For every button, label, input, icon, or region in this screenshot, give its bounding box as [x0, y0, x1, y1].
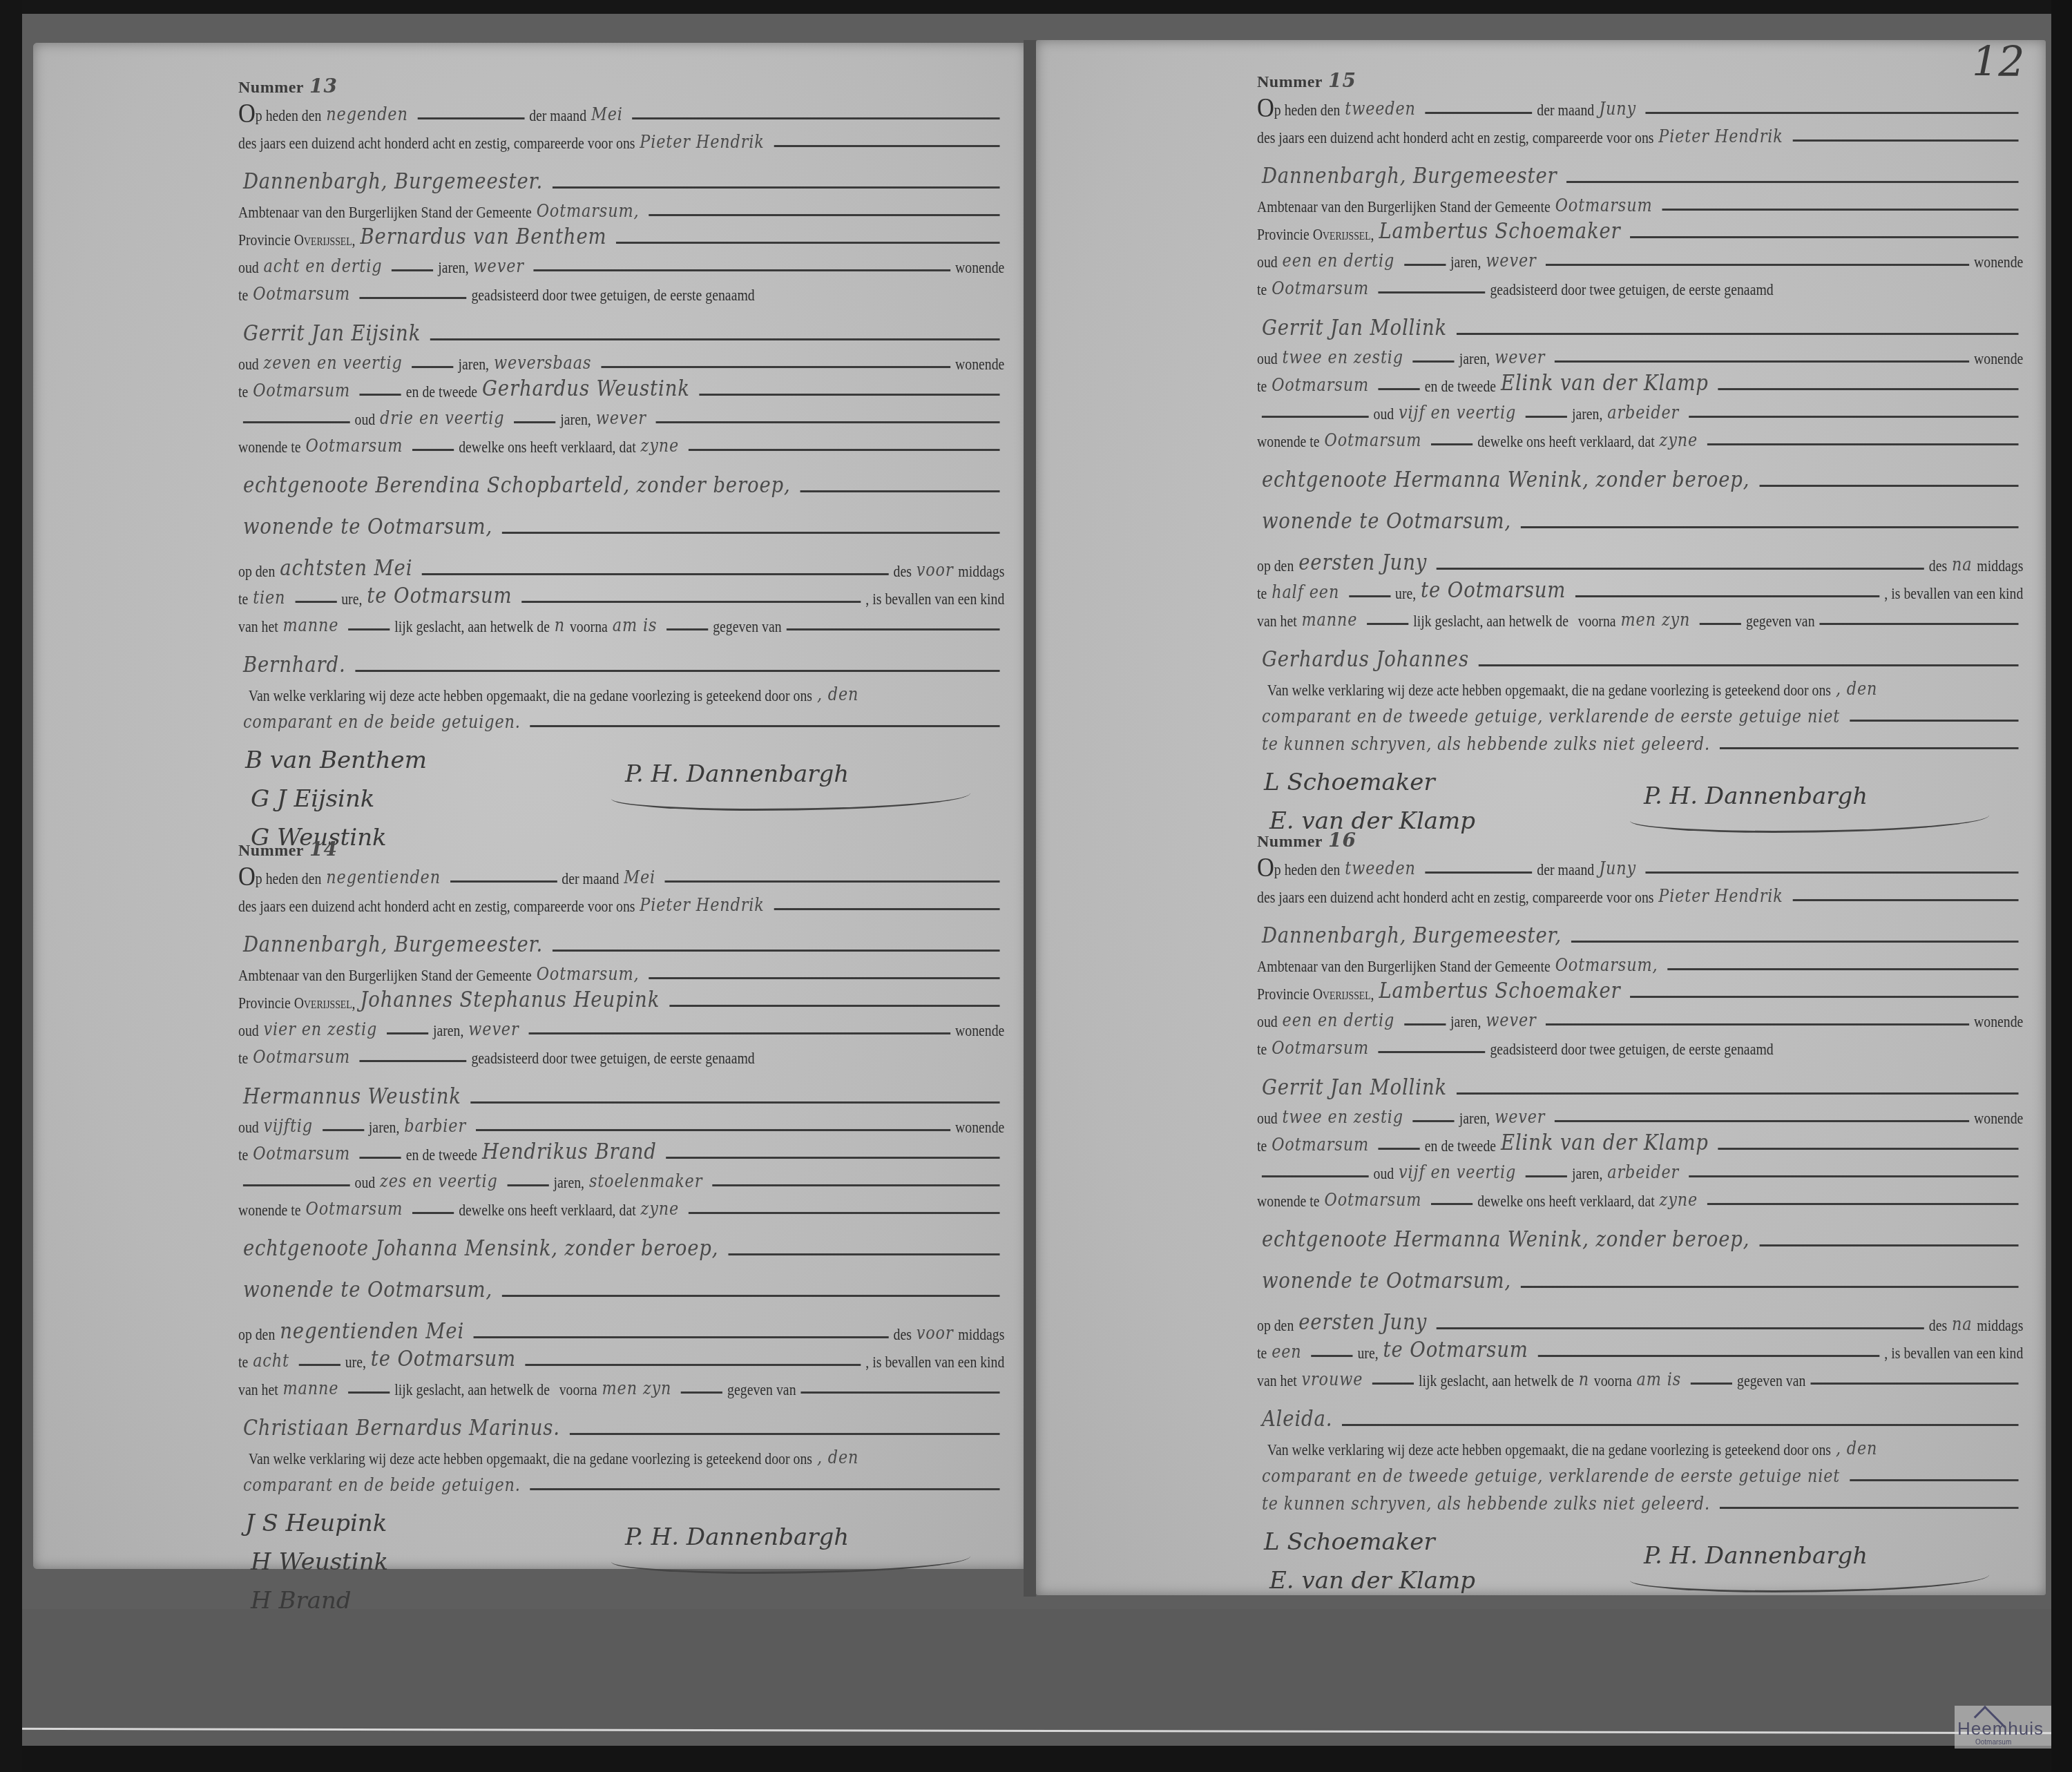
blank-rule: [1479, 664, 2019, 666]
sex-field: manne: [1297, 610, 1363, 630]
blank-rule: [502, 1295, 1000, 1297]
witness1-age-field: twee en zestig: [1278, 347, 1408, 368]
printed-text: Nummer: [1257, 833, 1323, 851]
drop-cap: O: [1257, 96, 1274, 119]
blank-rule: [1759, 485, 2018, 487]
film-edge-right: [2051, 0, 2072, 1772]
mother-residence-field: wonende te Ootmarsum,: [238, 1276, 497, 1302]
printed-text: wonende: [955, 1119, 1004, 1137]
witness2-name-field: Hendrikus Brand: [477, 1138, 662, 1164]
blank-rule: [1630, 996, 2018, 998]
printed-text: oud: [1374, 1165, 1394, 1183]
blank-rule: [1379, 291, 1486, 293]
act-15: Nummer15Op heden dentweedender maandJuny…: [1257, 69, 2024, 893]
possessive-field: zyne: [636, 1199, 684, 1220]
de-suffix-field: n: [550, 615, 570, 636]
printed-text: oud: [238, 1022, 259, 1040]
printed-text: dewelke ons heeft verklaard, dat: [459, 1202, 635, 1220]
printed-text: lijk geslacht, aan hetwelk de: [1419, 1372, 1574, 1390]
declarant-name-field: Johannes Stephanus Heupink: [356, 986, 665, 1012]
signature-1: J S Heupink: [245, 1510, 387, 1537]
mother-residence-field: wonende te Ootmarsum,: [1257, 508, 1516, 534]
printed-text: middags: [958, 563, 1004, 581]
child-name-field: Gerhardus Johannes: [1257, 646, 1474, 672]
ampm-field: voor: [912, 560, 958, 581]
possessive-field: zyne: [636, 436, 684, 456]
printed-text: en de tweede: [406, 1146, 477, 1164]
birth-hour-field: tien: [248, 588, 290, 608]
official-name-field: Pieter Hendrik: [1653, 126, 1787, 147]
printed-text: op den: [238, 563, 275, 581]
printed-text: te: [1257, 378, 1267, 396]
blank-rule: [528, 1032, 950, 1034]
signature-1: L Schoemaker: [1264, 769, 1435, 796]
printed-text: , is bevallen van een kind: [1884, 585, 2023, 603]
act-number-value: 14: [304, 838, 343, 860]
ampm-field: na: [1947, 555, 1977, 575]
closing-line-2: comparant en de tweede getuige, verklare…: [1257, 1466, 1845, 1487]
declarant-age-field: vier en zestig: [259, 1019, 382, 1040]
witness2-name-field: Elink van der Klamp: [1496, 369, 1714, 396]
official-name-field: Pieter Hendrik: [1653, 886, 1787, 907]
printed-text: oud: [238, 1119, 259, 1137]
day-field: negenden: [321, 104, 412, 125]
printed-text: gegeven van: [1746, 613, 1814, 630]
blank-rule: [649, 977, 999, 979]
witness1-occupation-field: wever: [1490, 347, 1550, 368]
printed-text: des: [1929, 557, 1947, 575]
printed-text: , is bevallen van een kind: [865, 590, 1004, 608]
printed-text: jaren,: [459, 356, 489, 374]
blank-rule: [1538, 1355, 1880, 1357]
printed-text: Ambtenaar van den Burgerlijken Stand der…: [1257, 198, 1551, 216]
printed-text: des jaars een duizend acht honderd acht …: [238, 898, 635, 916]
blank-rule: [553, 950, 1000, 952]
blank-rule: [1707, 443, 2019, 445]
printed-text: Overijssel,: [294, 231, 356, 249]
child-name-field: Christiaan Bernardus Marinus.: [238, 1414, 565, 1441]
printed-text: wonende te: [238, 439, 301, 456]
printed-text: Van welke verklaring wij deze acte hebbe…: [249, 1450, 812, 1468]
closing-field: , den: [812, 684, 863, 705]
declarant-name-field: Bernardus van Benthem: [356, 223, 612, 249]
printed-text: jaren,: [560, 411, 591, 429]
blank-rule: [323, 1129, 364, 1131]
printed-text: Overijssel,: [1313, 226, 1374, 244]
birth-hour-field: acht: [248, 1351, 294, 1371]
blank-rule: [471, 1101, 1000, 1104]
blank-rule: [1437, 1327, 1924, 1329]
blank-rule: [666, 1157, 1000, 1159]
printed-text: p heden den: [256, 107, 322, 125]
blank-rule: [534, 269, 951, 271]
signature-flourish: [611, 781, 970, 811]
printed-text: te: [238, 1146, 248, 1164]
printed-text: op den: [1257, 557, 1294, 575]
municipality-field: Ootmarsum,: [1551, 955, 1663, 976]
blank-rule: [616, 242, 999, 244]
birth-place-field: te Ootmarsum: [366, 1345, 521, 1371]
film-edge-left: [0, 0, 22, 1772]
printed-text: Overijssel,: [294, 994, 356, 1012]
blank-rule: [1646, 112, 2019, 114]
watermark-brand: Heemhuis: [1957, 1718, 2044, 1740]
blank-rule: [1457, 1092, 2019, 1095]
printed-text: jaren,: [1459, 350, 1490, 368]
sex-field: manne: [278, 615, 344, 636]
blank-rule: [355, 670, 999, 672]
mother-field: echtgenoote Berendina Schopbarteld, zond…: [238, 472, 796, 498]
printed-text: oud: [238, 259, 259, 277]
signature-flourish: [611, 1544, 970, 1574]
blank-rule: [656, 421, 1000, 423]
blank-rule: [348, 1391, 390, 1394]
blank-rule: [1342, 1424, 2018, 1426]
blank-rule: [728, 1253, 999, 1255]
printed-text: jaren,: [1450, 1013, 1481, 1031]
signature-flourish: [1630, 1563, 1989, 1592]
blank-rule: [1646, 871, 2019, 874]
closing-line-2: comparant en de beide getuigen.: [238, 712, 526, 733]
printed-text: wonende: [1974, 253, 2023, 271]
blank-rule: [1262, 1175, 1369, 1177]
printed-text: oud: [1257, 1110, 1278, 1128]
witness1-age-field: vijftig: [259, 1116, 318, 1137]
mother-field: echtgenoote Hermanna Wenink, zonder bero…: [1257, 466, 1754, 492]
printed-text: der maand: [562, 870, 619, 888]
printed-text: ure,: [341, 590, 362, 608]
printed-text: oud: [1374, 405, 1394, 423]
printed-text: Nummer: [1257, 73, 1323, 91]
witness2-age-field: zes en veertig: [375, 1171, 502, 1192]
blank-rule: [417, 117, 524, 119]
printed-text: Provincie: [1257, 226, 1310, 244]
witness2-age-field: vijf en veertig: [1394, 403, 1521, 423]
blank-rule: [1792, 899, 2018, 901]
blank-rule: [1349, 595, 1390, 597]
blank-rule: [689, 449, 1000, 451]
blank-rule: [1426, 871, 1533, 874]
witness2-residence-field: Ootmarsum: [301, 1199, 408, 1220]
blank-rule: [1718, 388, 2019, 390]
printed-text: wonende: [1974, 1110, 2023, 1128]
signature-2: H Weustink: [251, 1548, 388, 1576]
printed-text: Nummer: [238, 842, 304, 860]
birth-place-field: te Ootmarsum: [1416, 577, 1571, 603]
blank-rule: [570, 1433, 1000, 1435]
mother-field: echtgenoote Hermanna Wenink, zonder bero…: [1257, 1226, 1754, 1252]
printed-text: te: [1257, 1345, 1267, 1362]
child-name-field: Aleida.: [1257, 1405, 1337, 1432]
printed-text: te: [1257, 281, 1267, 299]
blank-rule: [299, 1364, 340, 1366]
municipality-field: Ootmarsum: [1551, 195, 1658, 216]
blank-rule: [1413, 360, 1455, 363]
birth-hour-field: een: [1267, 1342, 1306, 1362]
act-number-value: 13: [304, 75, 343, 97]
act-number: Nummer16: [1257, 829, 2024, 851]
blank-rule: [1689, 416, 2019, 418]
blank-rule: [774, 908, 999, 910]
printed-text: Van welke verklaring wij deze acte hebbe…: [249, 687, 812, 705]
day-field: tweeden: [1340, 99, 1420, 119]
blank-rule: [360, 394, 401, 396]
mother-residence-field: wonende te Ootmarsum,: [238, 513, 497, 539]
blank-rule: [666, 628, 708, 630]
blank-rule: [553, 186, 1000, 189]
act-14: Nummer14Op heden dennegentiendender maan…: [238, 838, 1005, 1634]
blank-rule: [1431, 1203, 1473, 1205]
printed-text: des: [1929, 1317, 1947, 1335]
printed-text: dewelke ons heeft verklaard, dat: [1477, 433, 1654, 451]
printed-text: te: [1257, 585, 1267, 603]
printed-text: van het: [238, 618, 278, 636]
ampm-field: na: [1947, 1314, 1977, 1335]
blank-rule: [530, 725, 1000, 727]
blank-rule: [295, 601, 336, 603]
blank-rule: [1566, 181, 2018, 183]
printed-text: lijk geslacht, aan hetwelk de: [394, 618, 550, 636]
printed-text: te: [238, 1050, 248, 1068]
heemhuis-watermark: Heemhuis Ootmarsum: [1955, 1706, 2051, 1749]
act-number: Nummer15: [1257, 69, 2024, 92]
blank-rule: [1379, 1148, 1420, 1150]
blank-rule: [1718, 1148, 2019, 1150]
blank-rule: [348, 628, 390, 630]
declarant-age-field: een en dertig: [1278, 1010, 1399, 1031]
printed-text: van het: [238, 1381, 278, 1399]
printed-text: en de tweede: [1425, 378, 1496, 396]
drop-cap: O: [238, 865, 256, 888]
printed-text: der maand: [1537, 102, 1594, 119]
printed-text: jaren,: [1572, 1165, 1602, 1183]
closing-line-2: comparant en de tweede getuige, verklare…: [1257, 706, 1845, 727]
witness2-residence-field: Ootmarsum: [301, 436, 408, 456]
printed-text: oud: [355, 411, 376, 429]
act-13: Nummer13Op heden dennegendender maandMei…: [238, 75, 1005, 871]
printed-text: geadsisteerd door twee getuigen, de eers…: [1490, 281, 1773, 299]
blank-rule: [1457, 333, 2019, 335]
signatures: L SchoemakerE. van der KlampP. H. Dannen…: [1257, 1521, 2024, 1653]
witness1-residence-field: Ootmarsum: [248, 381, 355, 401]
declarant-occupation-field: wever: [1481, 1010, 1541, 1031]
blank-rule: [360, 1157, 401, 1159]
printed-text: van het: [1257, 1372, 1297, 1390]
blank-rule: [1792, 139, 2018, 142]
blank-rule: [681, 1391, 722, 1394]
printed-text: jaren,: [554, 1174, 584, 1192]
blank-rule: [1379, 1051, 1486, 1053]
printed-text: jaren,: [433, 1022, 463, 1040]
film-edge-bottom: [0, 1746, 2072, 1772]
witness2-occupation-field: wever: [591, 408, 651, 429]
blank-rule: [1571, 941, 2019, 943]
printed-text: dewelke ons heeft verklaard, dat: [459, 439, 635, 456]
official-name-field: Pieter Hendrik: [635, 895, 769, 916]
birth-date-field: negentienden Mei: [275, 1318, 469, 1344]
witness1-occupation-field: barbier: [399, 1116, 471, 1137]
witness2-residence-field: Ootmarsum: [1320, 1190, 1427, 1211]
printed-text: Provincie: [238, 994, 291, 1012]
blank-rule: [774, 145, 999, 147]
birth-date-field: eersten Juny: [1294, 1309, 1432, 1335]
blank-rule: [1759, 1244, 2018, 1246]
witness2-residence-field: Ootmarsum: [1320, 430, 1427, 451]
blank-rule: [1662, 209, 2018, 211]
printed-text: wonende: [955, 1022, 1004, 1040]
voornaam-suffix-field: am is: [1632, 1369, 1686, 1390]
printed-text: te: [238, 383, 248, 401]
printed-text: oud: [238, 356, 259, 374]
film-edge-top: [0, 0, 2072, 14]
blank-rule: [665, 880, 1000, 883]
printed-text: middags: [958, 1326, 1004, 1344]
signatures: J S HeupinkH WeustinkH BrandP. H. Dannen…: [238, 1503, 1005, 1634]
month-field: Juny: [1594, 858, 1641, 879]
witness1-age-field: twee en zestig: [1278, 1107, 1408, 1128]
blank-rule: [530, 1488, 1000, 1490]
blank-rule: [1850, 720, 2019, 722]
printed-text: jaren,: [1572, 405, 1602, 423]
declarant-occupation-field: wever: [469, 256, 529, 277]
witness1-residence-field: Ootmarsum: [1267, 1135, 1374, 1155]
witness1-residence-field: Ootmarsum: [248, 1144, 355, 1164]
blank-rule: [1850, 1479, 2019, 1481]
blank-rule: [430, 338, 1000, 340]
printed-text: jaren,: [369, 1119, 399, 1137]
printed-text: op den: [238, 1326, 275, 1344]
blank-rule: [1555, 1120, 1969, 1122]
printed-text: , is bevallen van een kind: [865, 1354, 1004, 1371]
blank-rule: [507, 1184, 548, 1186]
printed-text: wonende: [1974, 1013, 2023, 1031]
watermark-sub: Ootmarsum: [1975, 1739, 2011, 1746]
blank-rule: [1810, 1383, 2018, 1385]
sex-field: manne: [278, 1378, 344, 1399]
blank-rule: [669, 1005, 1000, 1007]
voornaam-suffix-field: men zyn: [597, 1378, 677, 1399]
act-number: Nummer13: [238, 75, 1005, 97]
printed-text: lijk geslacht, aan hetwelk de: [394, 1381, 550, 1399]
book-gutter: [1024, 40, 1036, 1597]
printed-text: voorna: [1578, 613, 1616, 630]
month-field: Mei: [619, 867, 660, 888]
closing-field: , den: [1831, 679, 1882, 700]
witness2-occupation-field: stoelenmaker: [584, 1171, 707, 1192]
witness2-name-field: Gerhardus Weustink: [477, 375, 695, 401]
witness2-occupation-field: arbeider: [1602, 1162, 1684, 1183]
blank-rule: [521, 601, 861, 603]
signature-2: E. van der Klamp: [1269, 1567, 1475, 1595]
printed-text: wonende: [1974, 350, 2023, 368]
birth-place-field: te Ootmarsum: [362, 582, 517, 608]
declarant-age-field: een en dertig: [1278, 251, 1399, 271]
printed-text: wonende te: [238, 1202, 301, 1220]
printed-text: Ambtenaar van den Burgerlijken Stand der…: [1257, 958, 1551, 976]
printed-text: lijk geslacht, aan hetwelk de: [1413, 613, 1569, 630]
printed-text: p heden den: [1274, 861, 1341, 879]
blank-rule: [700, 394, 1000, 396]
printed-text: Provincie: [238, 231, 291, 249]
printed-text: Ambtenaar van den Burgerlijken Stand der…: [238, 967, 532, 985]
day-field: tweeden: [1340, 858, 1420, 879]
printed-text: Ambtenaar van den Burgerlijken Stand der…: [238, 204, 532, 222]
witness1-residence-field: Ootmarsum: [1267, 375, 1374, 396]
printed-text: des: [894, 563, 912, 581]
birth-date-field: eersten Juny: [1294, 549, 1432, 575]
birth-place-field: te Ootmarsum: [1379, 1336, 1533, 1362]
closing-field: , den: [812, 1447, 863, 1468]
blank-rule: [1413, 1120, 1455, 1122]
printed-text: en de tweede: [1425, 1137, 1496, 1155]
act-number-value: 16: [1323, 829, 1362, 851]
blank-rule: [1720, 1507, 2019, 1509]
printed-text: gegeven van: [727, 1381, 796, 1399]
official-title-field: Dannenbargh, Burgemeester.: [238, 168, 548, 194]
closing-line-2: comparant en de beide getuigen.: [238, 1475, 526, 1496]
blank-rule: [1404, 1023, 1446, 1025]
sex-field: vrouwe: [1297, 1369, 1368, 1390]
blank-rule: [243, 421, 350, 423]
printed-text: ure,: [1395, 585, 1416, 603]
possessive-field: zyne: [1655, 1190, 1702, 1211]
printed-text: des jaars een duizend acht honderd acht …: [1257, 129, 1653, 147]
blank-rule: [649, 214, 999, 216]
witness1-age-field: zeven en veertig: [259, 353, 407, 374]
blank-rule: [1575, 595, 1879, 597]
declarant-residence-field: Ootmarsum: [248, 284, 355, 305]
printed-text: Provincie: [1257, 985, 1310, 1003]
blank-rule: [1526, 1175, 1567, 1177]
municipality-field: Ootmarsum,: [532, 964, 644, 985]
printed-text: voorna: [570, 618, 608, 636]
printed-text: Van welke verklaring wij deze acte hebbe…: [1267, 1441, 1831, 1459]
witness1-occupation-field: weversbaas: [489, 353, 596, 374]
printed-text: wonende te: [1257, 433, 1320, 451]
mother-field: echtgenoote Johanna Mensink, zonder bero…: [238, 1235, 723, 1261]
printed-text: te: [238, 1354, 248, 1371]
printed-text: op den: [1257, 1317, 1294, 1335]
printed-text: te: [1257, 1041, 1267, 1059]
ampm-field: voor: [912, 1323, 958, 1344]
month-field: Juny: [1594, 99, 1641, 119]
witness1-name-field: Gerrit Jan Mollink: [1257, 314, 1452, 340]
printed-text: ure,: [345, 1354, 366, 1371]
signature-1: B van Benthem: [245, 747, 427, 774]
printed-text: gegeven van: [1737, 1372, 1805, 1390]
printed-text: des: [894, 1326, 912, 1344]
blank-rule: [1437, 568, 1924, 570]
blank-rule: [360, 1060, 467, 1062]
printed-text: Van welke verklaring wij deze acte hebbe…: [1267, 682, 1831, 700]
declarant-name-field: Lambertus Schoemaker: [1374, 977, 1626, 1003]
blank-rule: [450, 880, 557, 883]
closing-line-3: te kunnen schryven, als hebbende zulks n…: [1257, 1494, 1715, 1514]
blank-rule: [1819, 623, 2018, 625]
blank-rule: [1720, 747, 2019, 749]
blank-rule: [1426, 112, 1533, 114]
blank-rule: [1700, 623, 1741, 625]
blank-rule: [476, 1129, 950, 1131]
printed-text: jaren,: [1450, 253, 1481, 271]
printed-text: geadsisteerd door twee getuigen, de eers…: [471, 287, 754, 305]
official-name-field: Pieter Hendrik: [635, 132, 769, 153]
printed-text: geadsisteerd door twee getuigen, de eers…: [1490, 1041, 1773, 1059]
printed-text: jaren,: [1459, 1110, 1490, 1128]
blank-rule: [387, 1032, 428, 1034]
printed-text: ure,: [1357, 1345, 1378, 1362]
official-title-field: Dannenbargh, Burgemeester,: [1257, 922, 1566, 948]
